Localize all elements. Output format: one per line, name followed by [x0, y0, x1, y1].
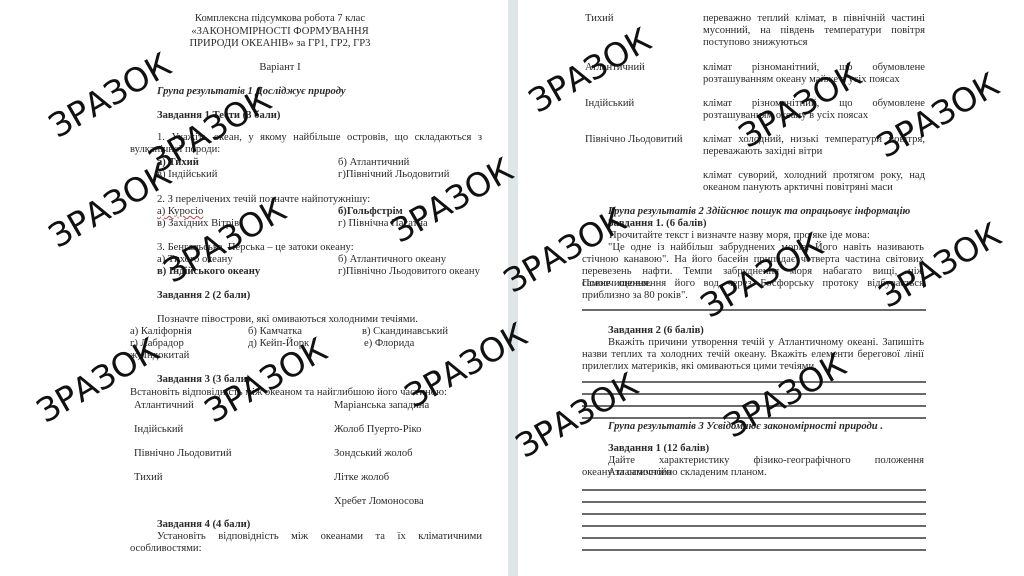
task3-left-3: Тихий — [134, 472, 163, 484]
variant-label: Варіант І — [130, 62, 430, 74]
g3-task1-text-1: океану за самостійно складеним планом. — [582, 467, 767, 479]
task3-left-2: Північно Льодовитий — [134, 448, 232, 460]
group3-heading: Група результатів 3 Усвідомлює закономір… — [608, 421, 883, 433]
task2-option-b: б) Камчатка — [248, 326, 302, 338]
task3-right-1: Жолоб Пуерто-Ріко — [334, 424, 421, 436]
task4-text-line2: особливостями: — [130, 543, 202, 555]
task2-option-d: г) Лабрадор — [130, 338, 184, 350]
answer-line — [582, 381, 926, 383]
task2-text: Позначте півострови, які омиваються холо… — [157, 314, 418, 326]
climate-ocean-0: Тихий — [585, 13, 614, 25]
q2-option-b: б)Гольфстрім — [338, 206, 403, 218]
task4-heading: Завдання 4 (4 бали) — [157, 519, 250, 531]
q3-text: 3. Бенгальська, Перська – це затоки океа… — [157, 242, 354, 254]
group2-heading: Група результатів 2 Здійснює пошук та оп… — [608, 206, 910, 218]
g2-task1-intro: Прочитайте текст і визначте назву моря, … — [609, 230, 870, 242]
document-page-right: Тихий переважно теплий клімат, в північн… — [518, 0, 1024, 576]
q3-option-d: г)Північно Льодовитого океану — [338, 266, 480, 278]
group1-heading: Група результатів 1 Досліджує природу — [157, 86, 346, 98]
climate-ocean-1: Атлантичний — [585, 62, 645, 74]
g2-task2-heading: Завдання 2 (6 балів) — [608, 325, 704, 337]
q1-text-line1: 1. Укажіть океан, у якому найбільше остр… — [157, 132, 482, 144]
task3-text: Встановіть відповідність між океаном та … — [130, 387, 447, 399]
answer-line — [582, 549, 926, 551]
task2-option-e: д) Кейп-Йорк — [248, 338, 309, 350]
climate-desc-1-line1: розташуванням океану майже в усіх поясах — [703, 74, 900, 86]
doc-title-line1: Комплексна підсумкова робота 7 клас — [130, 13, 430, 25]
answer-line — [582, 489, 926, 491]
answer-line — [582, 309, 926, 311]
doc-title-line2: «ЗАКОНОМІРНОСТІ ФОРМУВАННЯ — [130, 26, 430, 38]
q3-option-a: а) Тихого океану — [157, 254, 233, 266]
g2-task2-text-1: назви теплих та холодних течій океану. В… — [582, 349, 924, 361]
q2-option-d: г) Північна Пасатна — [338, 218, 428, 230]
climate-desc-0-line0: переважно теплий клімат, в північній час… — [703, 13, 925, 25]
climate-desc-3-line0: клімат холодний, низькі температури пові… — [703, 134, 925, 146]
climate-desc-4-line1: океаном панують арктичні повітряні маси — [703, 182, 893, 194]
task3-left-1: Індійський — [134, 424, 183, 436]
g2-task1-quote-3: Повне оновлення його вод через Босфорськ… — [582, 278, 924, 290]
q1-option-d: г)Північний Льодовитий — [338, 169, 449, 181]
doc-title-line3: ПРИРОДИ ОКЕАНІВ» за ГР1, ГР2, ГР3 — [130, 38, 430, 50]
task3-right-4: Хребет Ломоносова — [334, 496, 424, 508]
answer-line — [582, 513, 926, 515]
answer-line — [582, 537, 926, 539]
climate-desc-2-line1: розташуванням океану в усіх поясах — [703, 110, 868, 122]
task2-option-g: ж) Індокитай — [130, 350, 189, 362]
climate-desc-3-line1: переважають західні вітри — [703, 146, 822, 158]
q2-option-a-label: а) Куросіо — [157, 206, 203, 217]
answer-line — [582, 525, 926, 527]
q2-option-c: в) Західних Вітрів — [157, 218, 239, 230]
g2-task2-text-2: прилеглих материків, які омиваються цими… — [582, 361, 817, 373]
q1-option-c: в) Індійський — [157, 169, 217, 181]
climate-desc-4-line0: клімат суворий, холодний протягом року, … — [703, 170, 925, 182]
climate-desc-0-line1: мусонний, на південь температури повітря — [703, 25, 925, 37]
task3-right-2: Зондський жолоб — [334, 448, 413, 460]
climate-desc-1-line0: клімат різноманітний, що обумовлене — [703, 62, 925, 74]
q1-option-a: а) Тихий — [157, 157, 199, 169]
g3-task1-heading: Завдання 1 (12 балів) — [608, 443, 709, 455]
task2-option-f: е) Флорида — [364, 338, 414, 350]
task1-heading: Завдання 1 Тести (3 бали) — [157, 110, 280, 122]
q3-option-c: в) Індійського океану — [157, 266, 260, 278]
task3-right-0: Маріанська западина — [334, 400, 429, 412]
g2-task1-quote-4: приблизно за 80 років". — [582, 290, 688, 302]
climate-desc-2-line0: клімат різноманітний, що обумовлене — [703, 98, 925, 110]
task2-heading: Завдання 2 (2 бали) — [157, 290, 250, 302]
climate-ocean-3: Північно Льодовитий — [585, 134, 683, 146]
task2-option-a: а) Каліфорнія — [130, 326, 192, 338]
g2-task1-quote-1: стічною канавою". На його басейн припада… — [582, 254, 924, 266]
answer-line — [582, 501, 926, 503]
g2-task1-heading: Завдання 1. (6 балів) — [608, 218, 706, 230]
g2-task2-text-0: Вкажіть причини утворення течій у Атлант… — [608, 337, 924, 349]
q2-option-a: а) Куросіо — [157, 206, 203, 218]
document-page-left: Комплексна підсумкова робота 7 клас «ЗАК… — [0, 0, 508, 576]
task4-text-line1: Установіть відповідність між океанами та… — [157, 531, 482, 543]
page-divider — [508, 0, 518, 576]
climate-ocean-2: Індійський — [585, 98, 634, 110]
task2-option-c: в) Скандинавський — [362, 326, 448, 338]
answer-line — [582, 393, 926, 395]
g2-task1-quote-0: "Це одне із найбільш забруднених морів. … — [608, 242, 924, 254]
q1-option-b: б) Атлантичний — [338, 157, 409, 169]
task3-heading: Завдання 3 (3 бали) — [157, 374, 250, 386]
q2-text: 2. З перелічених течій позначте найпотуж… — [157, 194, 370, 206]
task3-left-0: Атлантичний — [134, 400, 194, 412]
answer-line — [582, 405, 926, 407]
q1-text-line2: вулканічної породи: — [130, 144, 220, 156]
task3-right-3: Літке жолоб — [334, 472, 389, 484]
q3-option-b: б) Атлантичного океану — [338, 254, 446, 266]
answer-line — [582, 417, 926, 419]
climate-desc-0-line2: поступово знижуються — [703, 37, 808, 49]
